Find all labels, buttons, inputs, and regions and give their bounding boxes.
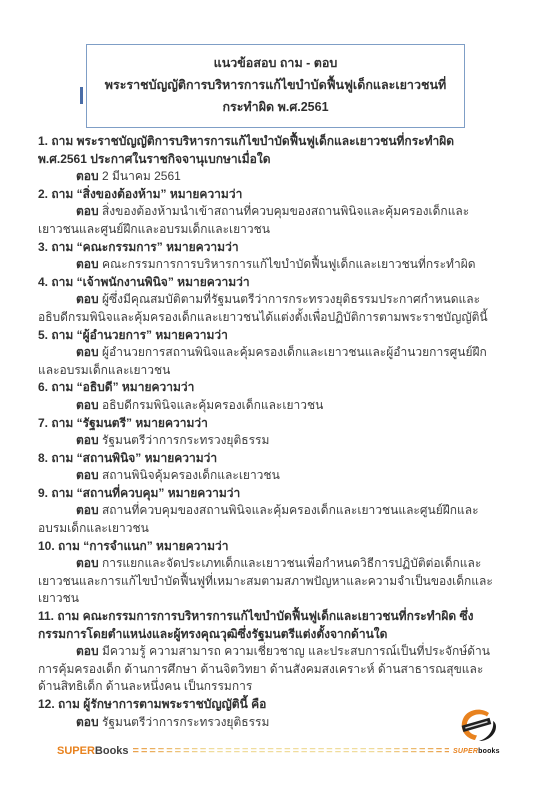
question-text: ผู้รักษาการตามพระราชบัญญัตินี้ คือ	[83, 697, 266, 711]
question-number: 11.	[38, 609, 54, 623]
answer-label: ตอบ	[76, 292, 99, 306]
answer-label: ตอบ	[76, 169, 99, 183]
question-text: “สถานพินิจ” หมายความว่า	[77, 451, 218, 465]
answer-paragraph: ตอบ อธิบดีกรมพินิจและคุ้มครองเด็กและเยาว…	[38, 397, 503, 415]
question-text: “เจ้าพนักงานพินิจ” หมายความว่า	[77, 275, 250, 289]
footer-brand: SUPERBooks	[57, 744, 129, 758]
superbooks-logo: SUPERbooks	[452, 708, 504, 755]
answer-label: ตอบ	[76, 644, 99, 658]
answer-label: ตอบ	[76, 398, 99, 412]
qa-item: 12. ถาม ผู้รักษาการตามพระราชบัญญัตินี้ ค…	[38, 696, 503, 731]
question-paragraph: 7. ถาม “รัฐมนตรี” หมายความว่า	[38, 415, 503, 433]
answer-label: ตอบ	[76, 503, 99, 517]
question-number: 9.	[38, 486, 48, 500]
answer-paragraph: ตอบ รัฐมนตรีว่าการกระทรวงยุติธรรม	[38, 714, 503, 732]
document-title-box: แนวข้อสอบ ถาม - ตอบ พระราชบัญญัติการบริห…	[86, 44, 465, 128]
question-label: ถาม	[51, 416, 73, 430]
question-label: ถาม	[51, 275, 73, 289]
answer-paragraph: ตอบ สิ่งของต้องห้ามนำเข้าสถานที่ควบคุมขอ…	[38, 203, 503, 238]
qa-item: 11. ถาม คณะกรรมการการบริหารการแก้ไขบำบัด…	[38, 608, 503, 696]
answer-label: ตอบ	[76, 345, 99, 359]
qa-item: 9. ถาม “สถานที่ควบคุม” หมายความว่า ตอบ ส…	[38, 485, 503, 538]
qa-item: 10. ถาม “การจำแนก” หมายความว่า ตอบ การแย…	[38, 538, 503, 608]
title-line-1: แนวข้อสอบ ถาม - ตอบ	[97, 52, 454, 74]
answer-label: ตอบ	[76, 204, 99, 218]
answer-label: ตอบ	[76, 556, 99, 570]
question-number: 10.	[38, 539, 55, 553]
answer-paragraph: ตอบ รัฐมนตรีว่าการกระทรวงยุติธรรม	[38, 432, 503, 450]
document-page: แนวข้อสอบ ถาม - ตอบ พระราชบัญญัติการบริห…	[0, 0, 540, 789]
answer-text: 2 มีนาคม 2561	[102, 169, 181, 183]
question-paragraph: 10. ถาม “การจำแนก” หมายความว่า	[38, 538, 503, 556]
question-text: “ผู้อำนวยการ” หมายความว่า	[77, 328, 228, 342]
answer-text: สิ่งของต้องห้ามนำเข้าสถานที่ควบคุมของสถา…	[38, 204, 469, 236]
question-paragraph: 8. ถาม “สถานพินิจ” หมายความว่า	[38, 450, 503, 468]
qa-item: 5. ถาม “ผู้อำนวยการ” หมายความว่า ตอบ ผู้…	[38, 327, 503, 380]
question-paragraph: 6. ถาม “อธิบดี” หมายความว่า	[38, 379, 503, 397]
question-text: “สิ่งของต้องห้าม” หมายความว่า	[77, 187, 243, 201]
question-number: 5.	[38, 328, 48, 342]
question-number: 7.	[38, 416, 48, 430]
answer-text: สถานพินิจคุ้มครองเด็กและเยาวชน	[102, 468, 280, 482]
qa-item: 2. ถาม “สิ่งของต้องห้าม” หมายความว่า ตอบ…	[38, 186, 503, 239]
footer: SUPERBooks =============================…	[57, 744, 449, 758]
question-paragraph: 9. ถาม “สถานที่ควบคุม” หมายความว่า	[38, 485, 503, 503]
question-number: 12.	[38, 697, 55, 711]
question-text: “การจำแนก” หมายความว่า	[83, 539, 228, 553]
answer-text: รัฐมนตรีว่าการกระทรวงยุติธรรม	[102, 715, 269, 729]
qa-item: 4. ถาม “เจ้าพนักงานพินิจ” หมายความว่า ตอ…	[38, 274, 503, 327]
answer-label: ตอบ	[76, 433, 99, 447]
question-number: 1.	[38, 134, 48, 148]
question-paragraph: 3. ถาม “คณะกรรมการ” หมายความว่า	[38, 239, 503, 257]
answer-paragraph: ตอบ ผู้อำนวยการสถานพินิจและคุ้มครองเด็กแ…	[38, 344, 503, 379]
question-label: ถาม	[51, 240, 73, 254]
answer-text: ผู้อำนวยการสถานพินิจและคุ้มครองเด็กและเย…	[38, 345, 487, 377]
question-text: “สถานที่ควบคุม” หมายความว่า	[77, 486, 241, 500]
answer-paragraph: ตอบ ผู้ซึ่งมีคุณสมบัติตามที่รัฐมนตรีว่าก…	[38, 291, 503, 326]
question-text: “อธิบดี” หมายความว่า	[77, 380, 195, 394]
question-label: ถาม	[58, 697, 80, 711]
question-number: 6.	[38, 380, 48, 394]
question-text: พระราชบัญญัติการบริหารการแก้ไขบำบัดฟื้นฟ…	[38, 134, 454, 166]
question-text: “คณะกรรมการ” หมายความว่า	[77, 240, 239, 254]
question-number: 8.	[38, 451, 48, 465]
answer-text: รัฐมนตรีว่าการกระทรวงยุติธรรม	[102, 433, 269, 447]
footer-separator-line: ========================================…	[133, 744, 449, 758]
question-label: ถาม	[51, 486, 73, 500]
answer-text: อธิบดีกรมพินิจและคุ้มครองเด็กและเยาวชน	[102, 398, 323, 412]
question-label: ถาม	[51, 134, 73, 148]
question-text: “รัฐมนตรี” หมายความว่า	[77, 416, 208, 430]
qa-item: 8. ถาม “สถานพินิจ” หมายความว่า ตอบ สถานพ…	[38, 450, 503, 485]
superbooks-logo-text: SUPERbooks	[452, 748, 504, 755]
title-line-2: พระราชบัญญัติการบริหารการแก้ไขบำบัดฟื้นฟ…	[97, 74, 454, 118]
question-label: ถาม	[51, 451, 73, 465]
question-label: ถาม	[51, 380, 73, 394]
question-label: ถาม	[57, 609, 79, 623]
footer-brand-super: SUPER	[57, 745, 95, 757]
question-text: คณะกรรมการการบริหารการแก้ไขบำบัดฟื้นฟูเด…	[38, 609, 474, 641]
answer-paragraph: ตอบ สถานที่ควบคุมของสถานพินิจและคุ้มครอง…	[38, 502, 503, 537]
logo-text-super: SUPER	[453, 748, 478, 755]
answer-paragraph: ตอบ มีความรู้ ความสามารถ ความเชี่ยวชาญ แ…	[38, 643, 503, 696]
question-paragraph: 12. ถาม ผู้รักษาการตามพระราชบัญญัตินี้ ค…	[38, 696, 503, 714]
qa-list: 1. ถาม พระราชบัญญัติการบริหารการแก้ไขบำบ…	[38, 133, 503, 731]
answer-paragraph: ตอบ 2 มีนาคม 2561	[38, 168, 503, 186]
question-label: ถาม	[58, 539, 80, 553]
answer-text: มีความรู้ ความสามารถ ความเชี่ยวชาญ และปร…	[38, 644, 490, 693]
qa-item: 7. ถาม “รัฐมนตรี” หมายความว่า ตอบ รัฐมนต…	[38, 415, 503, 450]
question-paragraph: 11. ถาม คณะกรรมการการบริหารการแก้ไขบำบัด…	[38, 608, 503, 643]
qa-item: 3. ถาม “คณะกรรมการ” หมายความว่า ตอบ คณะก…	[38, 239, 503, 274]
answer-paragraph: ตอบ สถานพินิจคุ้มครองเด็กและเยาวชน	[38, 467, 503, 485]
answer-text: ผู้ซึ่งมีคุณสมบัติตามที่รัฐมนตรีว่าการกร…	[38, 292, 488, 324]
question-paragraph: 5. ถาม “ผู้อำนวยการ” หมายความว่า	[38, 327, 503, 345]
answer-text: คณะกรรมการการบริหารการแก้ไขบำบัดฟื้นฟูเด…	[102, 257, 476, 271]
answer-paragraph: ตอบ การแยกและจัดประเภทเด็กและเยาวชนเพื่อ…	[38, 555, 503, 608]
answer-text: สถานที่ควบคุมของสถานพินิจและคุ้มครองเด็ก…	[38, 503, 479, 535]
question-number: 3.	[38, 240, 48, 254]
footer-brand-books: Books	[95, 745, 129, 757]
question-number: 2.	[38, 187, 48, 201]
qa-item: 6. ถาม “อธิบดี” หมายความว่า ตอบ อธิบดีกร…	[38, 379, 503, 414]
answer-label: ตอบ	[76, 468, 99, 482]
question-number: 4.	[38, 275, 48, 289]
answer-text: การแยกและจัดประเภทเด็กและเยาวชนเพื่อกำหน…	[38, 556, 493, 605]
superbooks-logo-icon	[456, 708, 500, 744]
logo-text-books: books	[478, 748, 500, 755]
answer-label: ตอบ	[76, 715, 99, 729]
qa-item: 1. ถาม พระราชบัญญัติการบริหารการแก้ไขบำบ…	[38, 133, 503, 186]
question-paragraph: 4. ถาม “เจ้าพนักงานพินิจ” หมายความว่า	[38, 274, 503, 292]
question-paragraph: 2. ถาม “สิ่งของต้องห้าม” หมายความว่า	[38, 186, 503, 204]
answer-label: ตอบ	[76, 257, 99, 271]
question-paragraph: 1. ถาม พระราชบัญญัติการบริหารการแก้ไขบำบ…	[38, 133, 503, 168]
answer-paragraph: ตอบ คณะกรรมการการบริหารการแก้ไขบำบัดฟื้น…	[38, 256, 503, 274]
question-label: ถาม	[51, 328, 73, 342]
question-label: ถาม	[51, 187, 73, 201]
text-cursor-artifact	[80, 87, 83, 104]
